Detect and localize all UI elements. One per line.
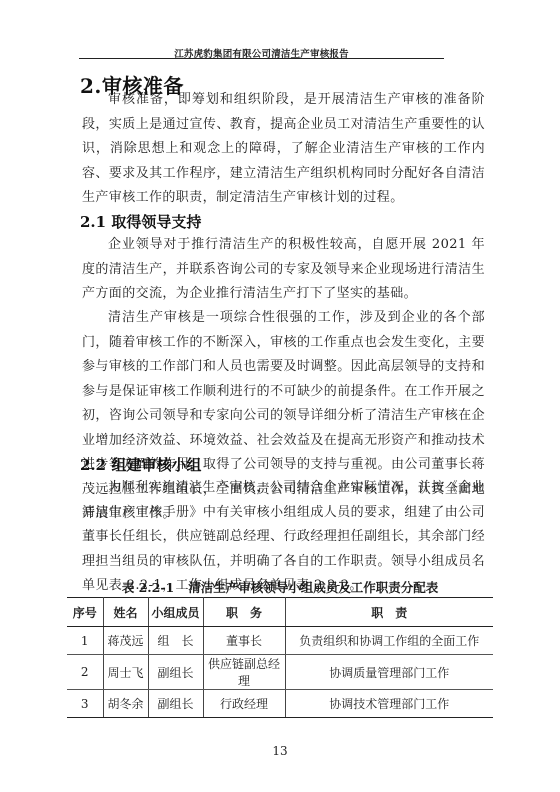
table-caption: 表 2.2-1清洁生产审核领导小组成员及工作职责分配表: [60, 578, 500, 596]
document-page: 江苏虎豹集团有限公司清洁生产审核报告 2.审核准备 审核准备，即筹划和组织阶段，…: [0, 0, 560, 792]
column-header-index: 序号: [67, 598, 103, 627]
cell-group-role: 副组长: [148, 690, 203, 718]
table-row: 2 周士飞 副组长 供应链副总经理 协调质量管理部门工作: [67, 655, 493, 690]
table-row: 3 胡冬余 副组长 行政经理 协调技术管理部门工作: [67, 690, 493, 718]
page-number: 13: [0, 744, 560, 758]
cell-responsibility: 协调质量管理部门工作: [285, 655, 493, 690]
column-header-position: 职 务: [203, 598, 285, 627]
section-intro-paragraph: 审核准备，即筹划和组织阶段，是开展清洁生产审核的准备阶段，实质上是通过宣传、教育…: [82, 88, 485, 211]
cell-group-role: 组 长: [148, 627, 203, 655]
column-header-responsibility: 职 责: [285, 598, 493, 627]
table-caption-title: 清洁生产审核领导小组成员及工作职责分配表: [188, 580, 438, 595]
cell-index: 2: [67, 655, 103, 690]
leadership-duty-table: 序号 姓名 小组成员 职 务 职 责 1 蒋茂远 组 长 董事长 负责组织和协调…: [67, 597, 493, 718]
subsection-title-2-2: 2.2 组建审核小组: [80, 454, 201, 475]
column-header-group-role: 小组成员: [148, 598, 203, 627]
cell-index: 3: [67, 690, 103, 718]
cell-position: 董事长: [203, 627, 285, 655]
cell-group-role: 副组长: [148, 655, 203, 690]
column-header-name: 姓名: [103, 598, 148, 627]
cell-name: 蒋茂远: [103, 627, 148, 655]
table-header-row: 序号 姓名 小组成员 职 务 职 责: [67, 598, 493, 627]
cell-responsibility: 协调技术管理部门工作: [285, 690, 493, 718]
cell-name: 胡冬余: [103, 690, 148, 718]
header-rule: [79, 58, 444, 59]
cell-position: 供应链副总经理: [203, 655, 285, 690]
cell-position: 行政经理: [203, 690, 285, 718]
table-caption-number: 表 2.2-1: [122, 580, 174, 595]
subsection-title-2-1: 2.1 取得领导支持: [80, 211, 201, 232]
table-row: 1 蒋茂远 组 长 董事长 负责组织和协调工作组的全面工作: [67, 627, 493, 655]
cell-name: 周士飞: [103, 655, 148, 690]
subsection-2-1-paragraph-1: 企业领导对于推行清洁生产的积极性较高，自愿开展 2021 年度的清洁生产，并联系…: [82, 233, 485, 307]
cell-index: 1: [67, 627, 103, 655]
cell-responsibility: 负责组织和协调工作组的全面工作: [285, 627, 493, 655]
